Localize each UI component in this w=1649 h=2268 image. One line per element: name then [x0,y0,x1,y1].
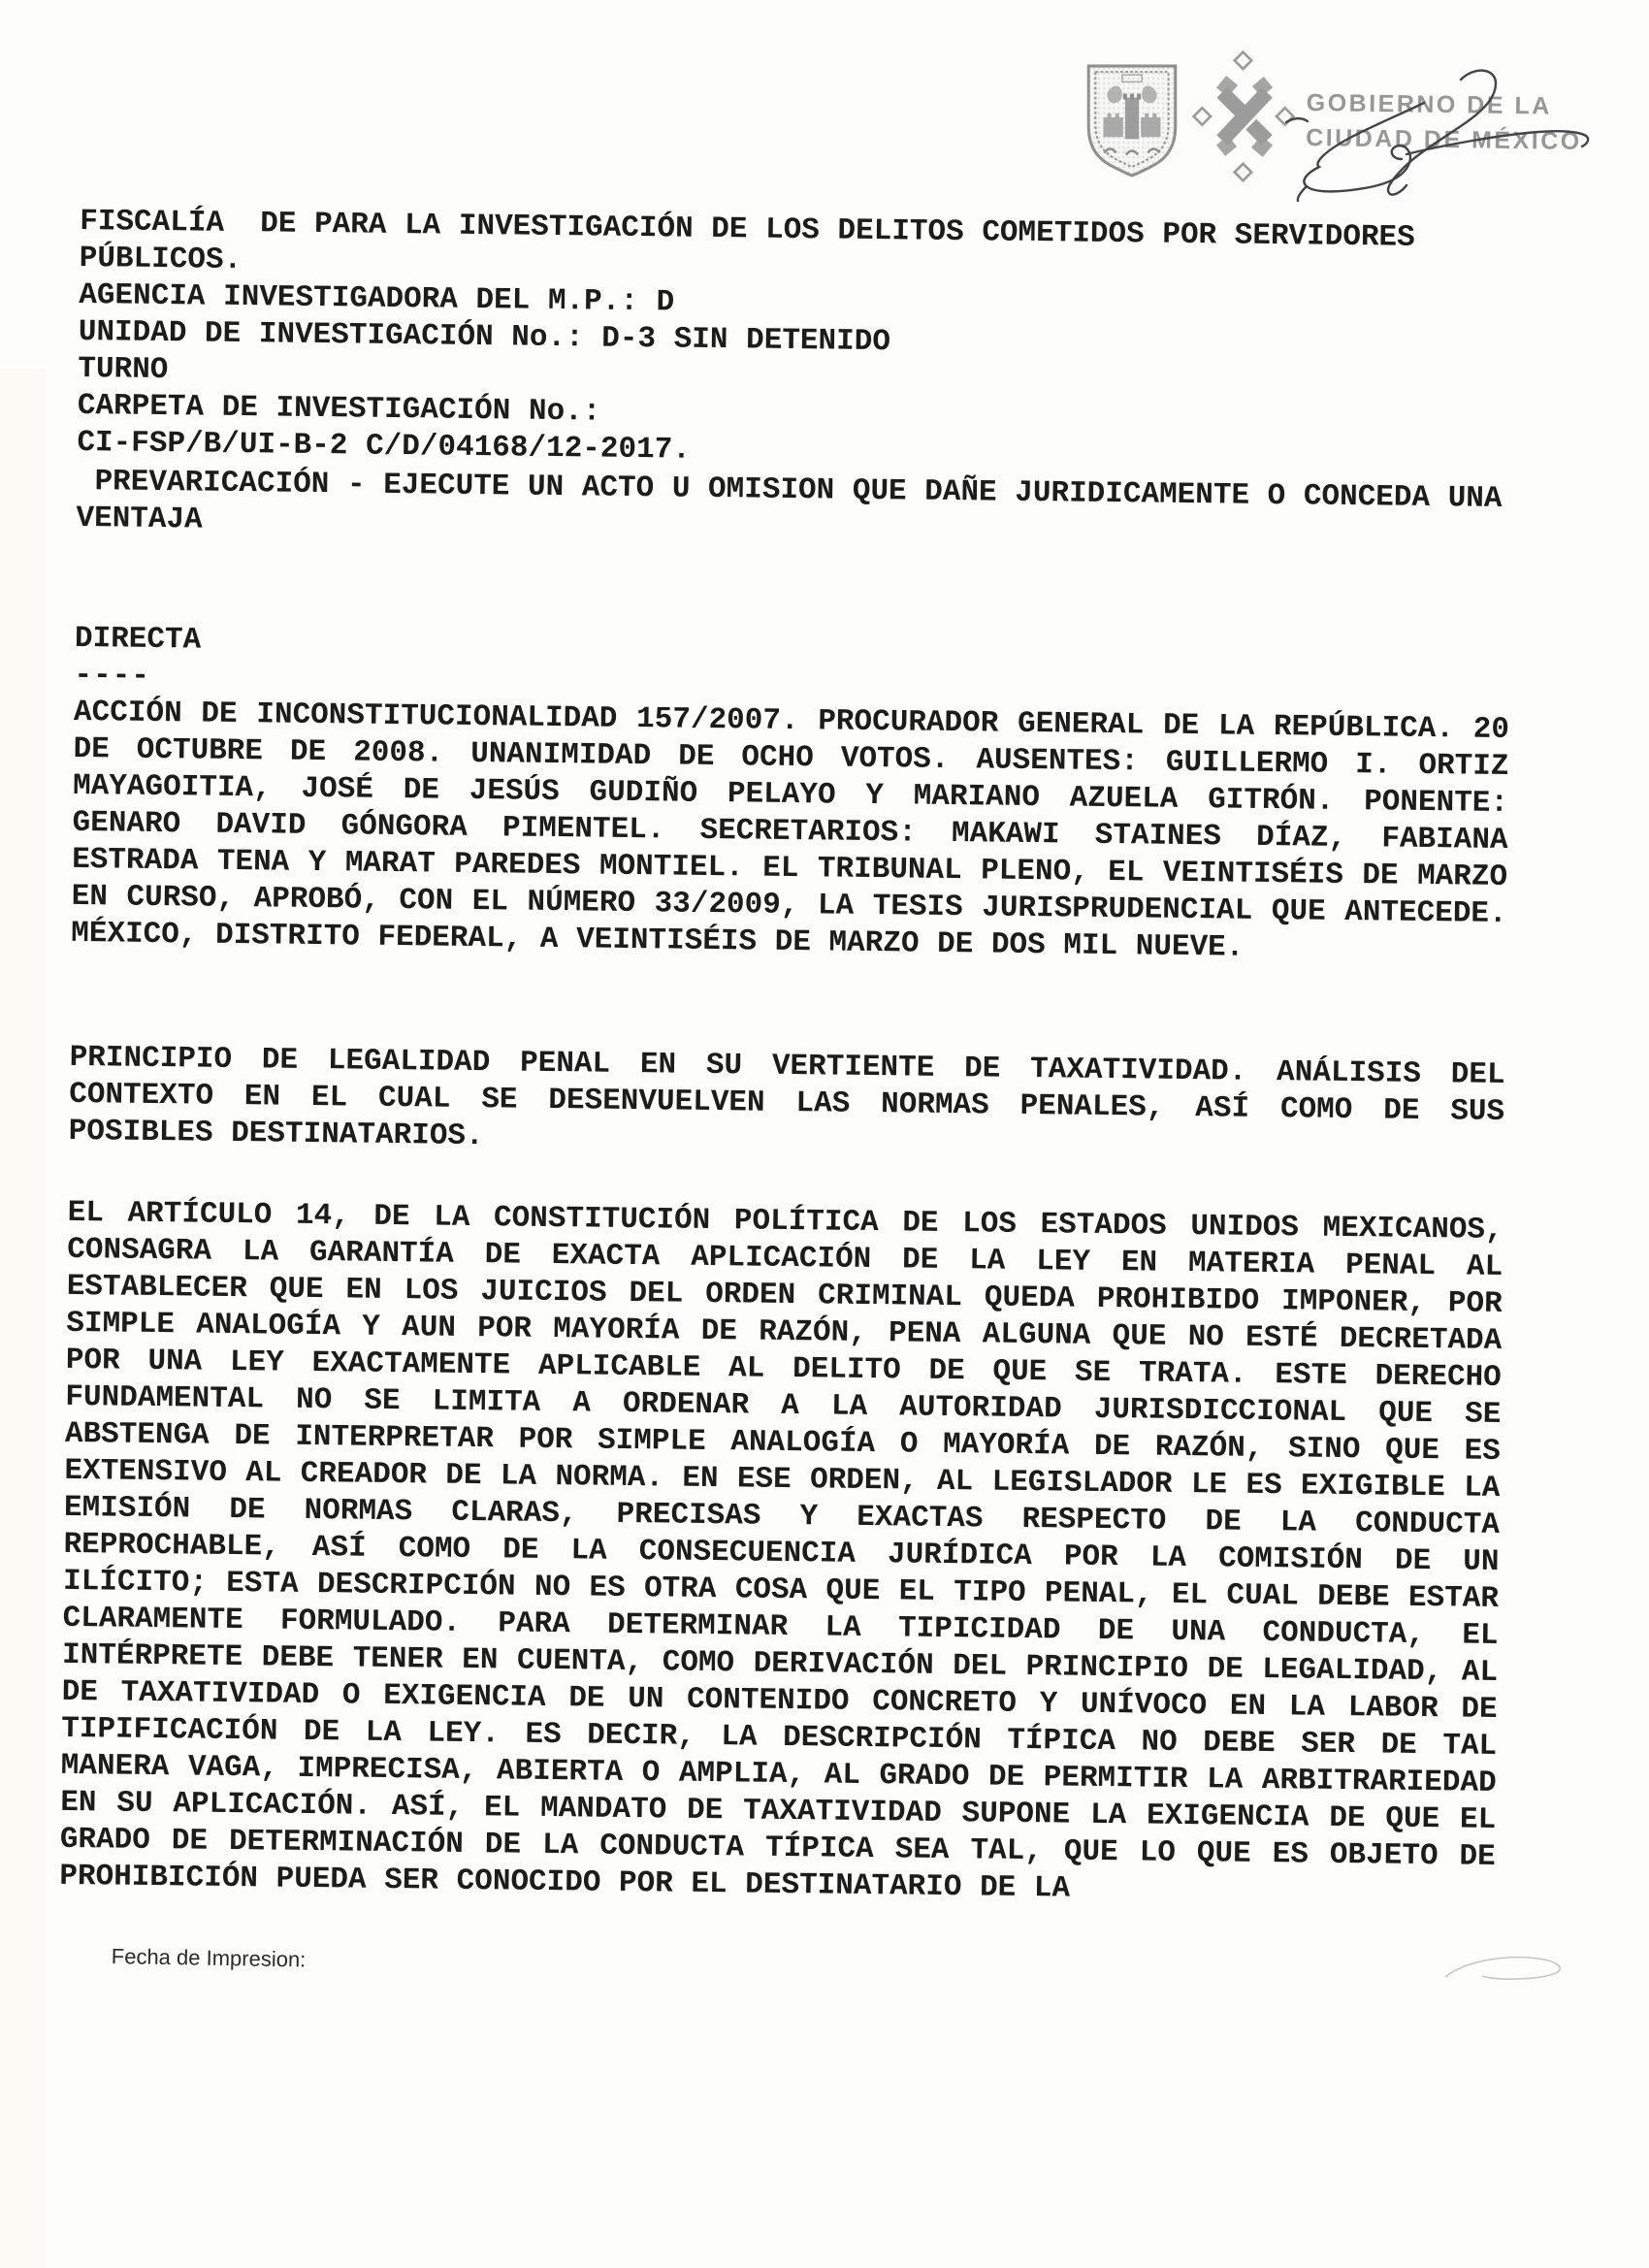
print-date-label: Fecha de Impresion: [112,1944,307,1972]
faint-squiggle-icon [1436,1940,1600,1998]
paragraph-accion-inconstitucionalidad: ACCIÓN DE INCONSTITUCIONALIDAD 157/2007.… [71,695,1509,970]
typewriter-text-block: FISCALÍA DE PARA LA INVESTIGACIÓN DE LOS… [82,0,1518,17]
scanned-legal-document-page: GOBIERNO DE LA CIUDAD DE MÉXICO FISCALÍA… [0,0,1649,2268]
offense-line: PREVARICACIÓN - EJECUTE UN ACTO U OMISIO… [76,464,1512,555]
paragraph-articulo-14: EL ARTÍCULO 14, DE LA CONSTITUCIÓN POLÍT… [59,1195,1503,1913]
paragraph-principio-legalidad: PRINCIPIO DE LEGALIDAD PENAL EN SU VERTI… [69,1040,1505,1168]
